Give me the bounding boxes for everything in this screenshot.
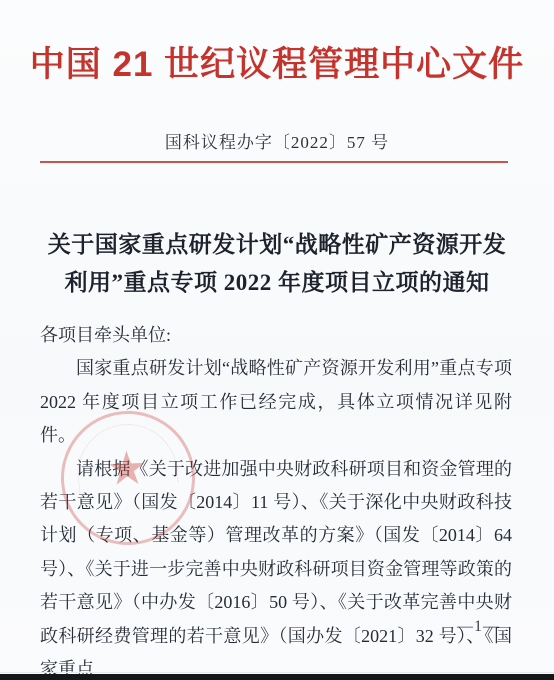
body-paragraph-2: 请根据《关于改进加强中央财政科研项目和资金管理的若干意见》（国发〔2014〕11… [40,453,512,680]
notice-title-line2: 利用”重点专项 2022 年度项目立项的通知 [65,270,490,295]
page-number: —1— [457,618,500,636]
red-divider-line [40,161,508,163]
body-paragraph-1: 国家重点研发计划“战略性矿产资源开发利用”重点专项 2022 年度项目立项工作已… [40,352,512,452]
letterhead-org-title: 中国 21 世纪议程管理中心文件 [0,42,554,88]
notice-title-line1: 关于国家重点研发计划“战略性矿产资源开发 [48,232,507,257]
scanned-document-page: 中国 21 世纪议程管理中心文件 国科议程办字〔2022〕57 号 关于国家重点… [0,0,554,680]
document-body: 各项目牵头单位: 国家重点研发计划“战略性矿产资源开发利用”重点专项 2022 … [40,319,512,680]
document-reference-number: 国科议程办字〔2022〕57 号 [0,132,554,154]
scan-dark-edge [0,674,554,680]
notice-title: 关于国家重点研发计划“战略性矿产资源开发 利用”重点专项 2022 年度项目立项… [18,226,536,302]
paper-bottom-edge [0,672,554,673]
salutation-line: 各项目牵头单位: [40,319,512,352]
